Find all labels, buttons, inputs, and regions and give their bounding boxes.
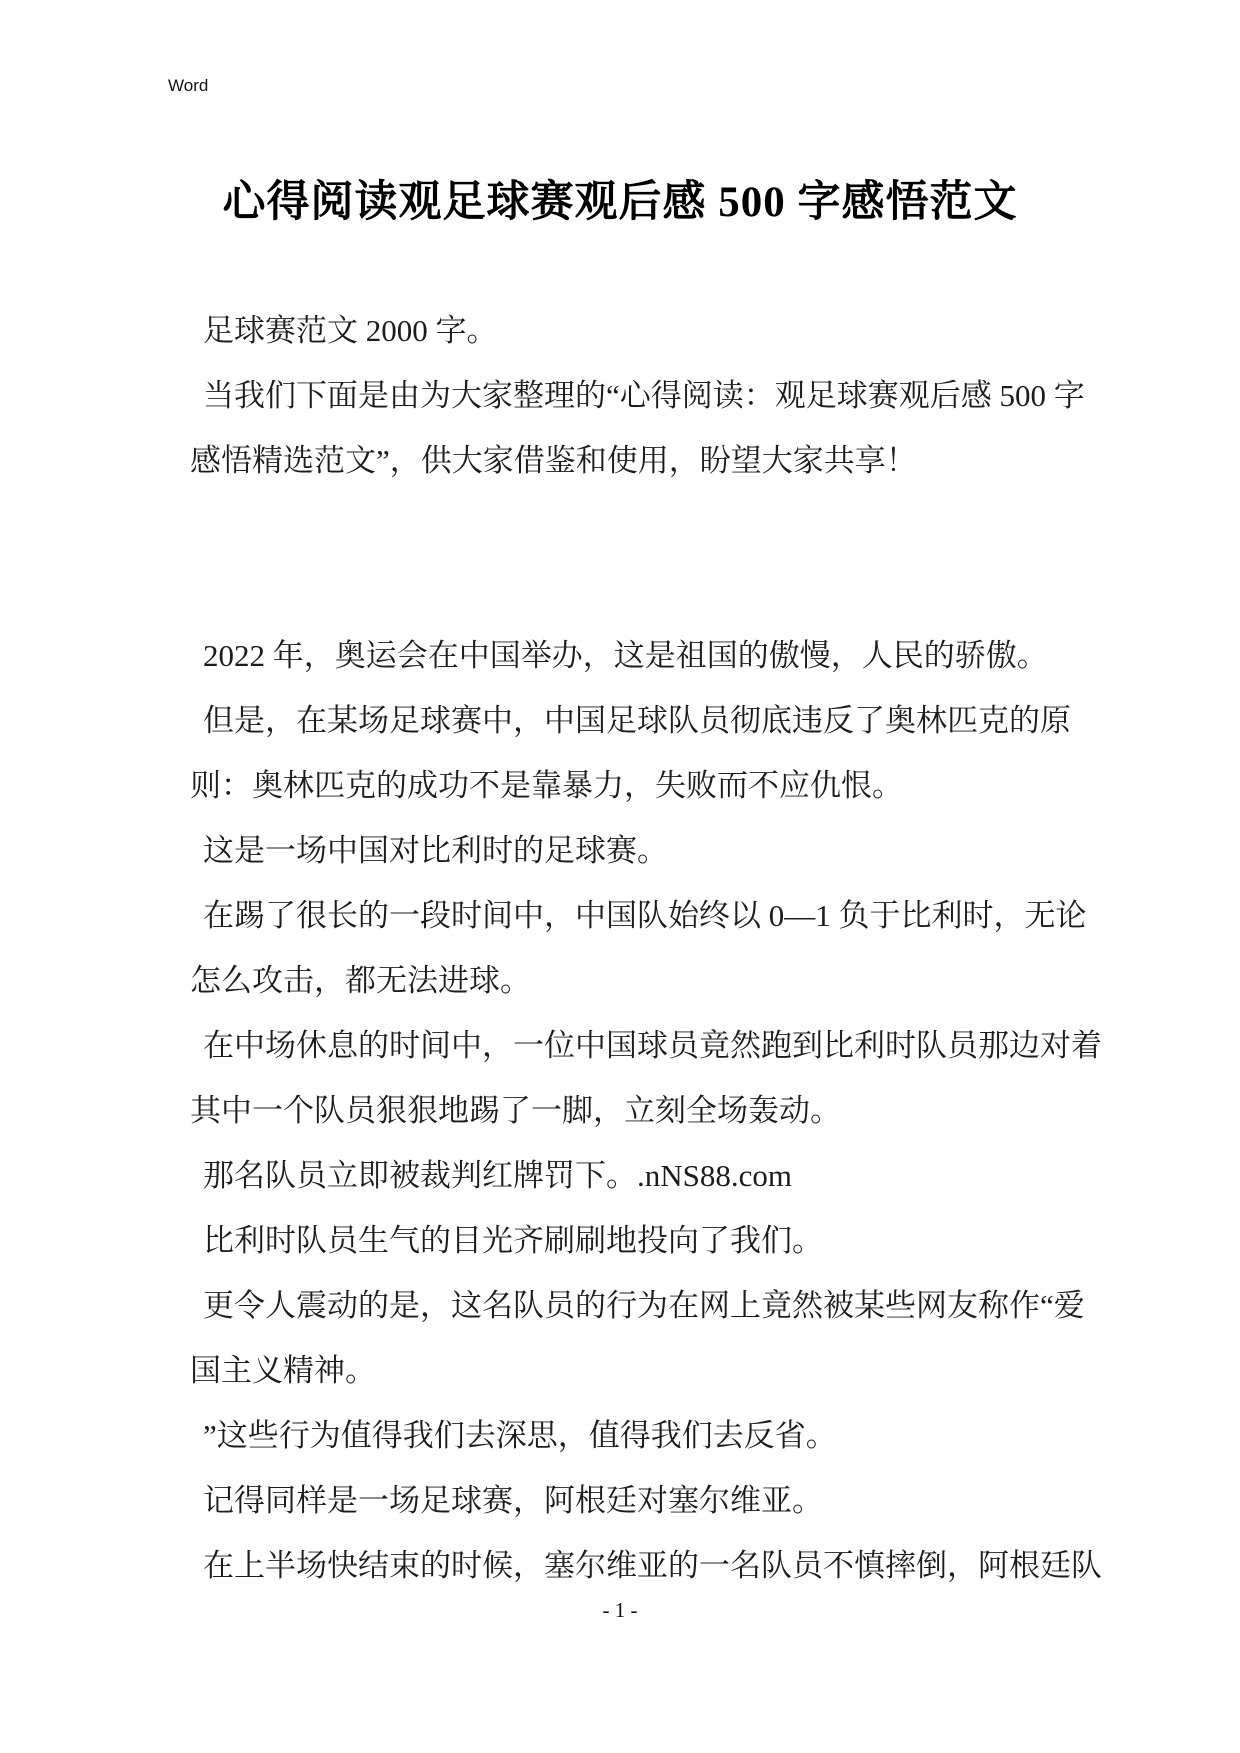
text-line: 2022 年，奥运会在中国举办，这是祖国的傲慢，人民的骄傲。	[190, 623, 1076, 688]
text-line: 那名队员立即被裁判红牌罚下。.nNS88.com	[190, 1143, 1076, 1208]
text-line: 感悟精选范文”，供大家借鉴和使用，盼望大家共享！	[190, 428, 1076, 493]
document-page: Word 心得阅读观足球赛观后感 500 字感悟范文 足球赛范文 2000 字。…	[0, 0, 1240, 1753]
text-line: 但是，在某场足球赛中，中国足球队员彻底违反了奥林匹克的原	[190, 688, 1076, 753]
text-line: 国主义精神。	[190, 1338, 1076, 1403]
text-line: 足球赛范文 2000 字。	[190, 298, 1076, 363]
text-line	[190, 558, 1076, 623]
text-line: 在中场休息的时间中，一位中国球员竟然跑到比利时队员那边对着	[190, 1013, 1076, 1078]
text-line: 则：奥林匹克的成功不是靠暴力，失败而不应仇恨。	[190, 753, 1076, 818]
text-line: 更令人震动的是，这名队员的行为在网上竟然被某些网友称作“爱	[190, 1273, 1076, 1338]
text-line: 怎么攻击，都无法进球。	[190, 948, 1076, 1013]
text-line	[190, 493, 1076, 558]
page-title: 心得阅读观足球赛观后感 500 字感悟范文	[150, 168, 1090, 229]
text-line: ”这些行为值得我们去深思，值得我们去反省。	[190, 1403, 1076, 1468]
text-line: 比利时队员生气的目光齐刷刷地投向了我们。	[190, 1208, 1076, 1273]
text-line: 在上半场快结束的时候，塞尔维亚的一名队员不慎摔倒，阿根廷队	[190, 1533, 1076, 1598]
text-line: 其中一个队员狠狠地踢了一脚，立刻全场轰动。	[190, 1078, 1076, 1143]
text-line: 在踢了很长的一段时间中，中国队始终以 0—1 负于比利时，无论	[190, 883, 1076, 948]
page-number: - 1 -	[0, 1598, 1240, 1623]
text-line: 这是一场中国对比利时的足球赛。	[190, 818, 1076, 883]
text-line: 当我们下面是由为大家整理的“心得阅读：观足球赛观后感 500 字	[190, 363, 1076, 428]
app-label: Word	[168, 76, 208, 96]
document-body: 足球赛范文 2000 字。当我们下面是由为大家整理的“心得阅读：观足球赛观后感 …	[190, 298, 1076, 1598]
text-line: 记得同样是一场足球赛，阿根廷对塞尔维亚。	[190, 1468, 1076, 1533]
